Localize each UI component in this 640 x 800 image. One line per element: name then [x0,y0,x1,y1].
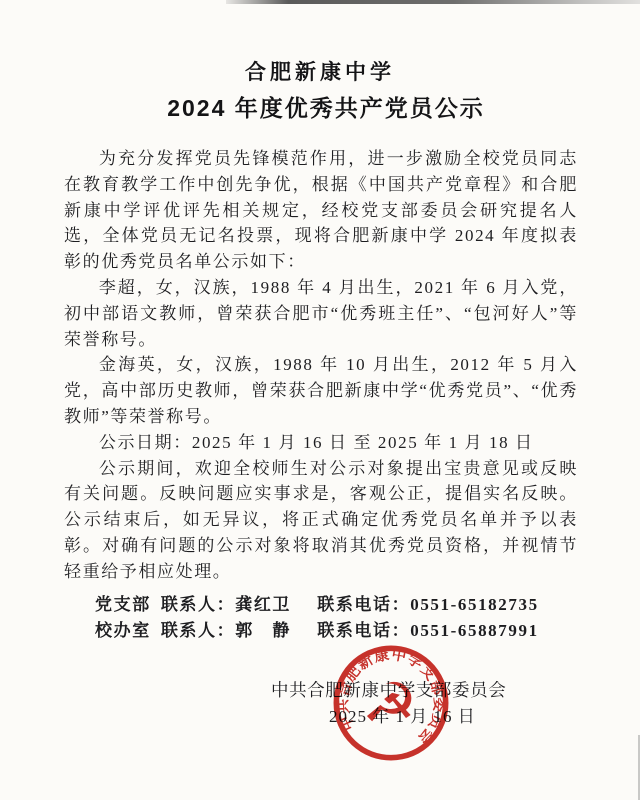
intro-paragraph: 为充分发挥党员先锋模范作用，进一步激励全校党员同志在教育教学工作中创先争优，根据… [64,146,578,275]
publicity-date-line: 公示日期：2025 年 1 月 16 日 至 2025 年 1 月 18 日 [64,430,578,456]
scanned-document-page: 合肥新康中学 2024 年度优秀共产党员公示 为充分发挥党员先锋模范作用，进一步… [0,0,640,800]
contact-name: 郭 静 [235,618,299,645]
phone-number: 0551-65887991 [410,621,538,640]
document-body: 为充分发挥党员先锋模范作用，进一步激励全校党员同志在教育教学工作中创先争优，根据… [64,146,578,645]
contact-name: 龚红卫 [235,592,299,619]
feedback-paragraph: 公示期间，欢迎全校师生对公示对象提出宝贵意见或反映有关问题。反映问题应实事求是，… [64,456,578,585]
candidate-paragraph-jinhaiying: 金海英，女，汉族，1988 年 10 月出生，2012 年 5 月入党，高中部历… [64,352,578,429]
contact-label: 联系人： [161,621,235,640]
school-name-title: 合肥新康中学 [0,56,640,86]
document-header: 合肥新康中学 2024 年度优秀共产党员公示 [0,56,640,123]
phone-number: 0551-65182735 [410,595,538,614]
scanner-edge-artifact [226,0,640,4]
contact-label: 联系人： [161,595,235,614]
contact-row-school-office: 校办室联系人：郭 静联系电话：0551-65887991 [95,618,578,645]
contact-dept: 校办室 [95,621,151,640]
contact-section: 党支部联系人：龚红卫联系电话：0551-65182735 校办室联系人：郭 静联… [64,592,578,645]
contact-dept: 党支部 [95,595,151,614]
signature-date: 2025 年 1 月 16 日 [329,702,476,727]
announcement-title: 2024 年度优秀共产党员公示 [0,90,640,123]
phone-label: 联系电话： [317,595,410,614]
contact-row-party-branch: 党支部联系人：龚红卫联系电话：0551-65182735 [95,592,578,619]
issuing-committee-signature: 中共合肥新康中学支部委员会 [271,677,506,702]
candidate-paragraph-lichao: 李超，女，汉族，1988 年 4 月出生，2021 年 6 月入党，初中部语文教… [64,275,578,352]
phone-label: 联系电话： [317,621,410,640]
